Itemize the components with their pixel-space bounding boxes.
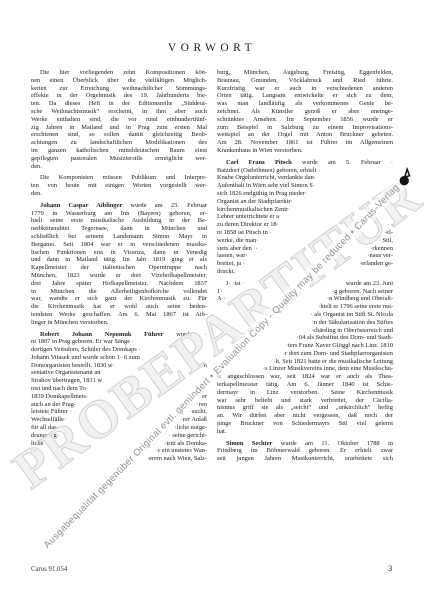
text-line: war sehr beliebt und stark verbreitet, d… (217, 397, 393, 405)
text-line: Krankenhaus in Wien verstorben. (217, 147, 393, 155)
catalog-number: Carus 91.054 (31, 566, 67, 573)
text-line: ·s Linzer Musikvereins inne, dem eine Mu… (217, 365, 393, 373)
composer-name: Carl Franz Pitsch (226, 159, 292, 166)
text-line: nen einen Überblick über die vielfältige… (31, 77, 207, 85)
paragraph: Die Komponisten müssen Publikum und Inte… (31, 174, 207, 197)
paragraph: Johann Caspar Aiblinger wurde am 23. Feb… (31, 202, 207, 327)
page-title: VORWORT (0, 42, 424, 54)
text-line: dermayr in Linz verstorben. Seine Kirche… (217, 389, 393, 397)
page-number: 3 (388, 563, 392, 573)
text-line: erschienen sind, so sollen damit gleichz… (31, 131, 207, 139)
text-line: war, wandte er sich ganz der Kirchenmusi… (31, 295, 207, 303)
text-line: nismus griff sie als „seicht“ und „unkir… (217, 404, 393, 412)
text-line: Orten tätig. Langsam entwickelte er sich… (217, 92, 393, 100)
text-line: an. Wir dürfen aber nicht vergessen, daß… (217, 412, 393, 420)
text-line: nediktinerabtei Tegernsee, dann in Münch… (31, 225, 207, 233)
text-line: Die hier vorliegenden zehn Kompositionen… (31, 69, 207, 77)
text-line: den. (31, 190, 207, 198)
paragraph: Simon Sechter wurde am 11. Oktober 1788 … (217, 440, 393, 463)
text-line: schließlich bei seinem Landsmann Simon M… (31, 233, 207, 241)
text-line: Am 28. November 1861 ist Führer im Allge… (217, 139, 393, 147)
text-line: Friedberg im Böhmerwald geboren. Er erhi… (217, 447, 393, 455)
text-line: Batzdorf (Ostböhmen) geboren, erhielt · (217, 167, 393, 175)
text-line: Kurzfristig war er auch in verschiedenen… (217, 85, 393, 93)
composer-name: Johann Caspar Aiblinger (40, 202, 122, 209)
text-line: keiten zur Erreichung weihnachtlicher St… (31, 85, 207, 93)
text-line: Werke enthalten sind, die vor rund einhu… (31, 116, 207, 124)
text-line: zeichnet. Als Künstler genoß er aber une… (217, 108, 393, 116)
text-line: junge Bruckner von Schiedermayrs Stil vi… (217, 420, 393, 428)
text-line: zig Jahren in Mailand und in Prag zum er… (31, 124, 207, 132)
composer-name: Robert Johann Nepomuk Führer (40, 331, 164, 338)
text-line: schränktes Ansehen. Im September 1856 wu… (217, 116, 393, 124)
text-line: drei Jahre später Hofkapellmeister. Nach… (31, 280, 207, 288)
paragraph: Die hier vorliegenden zehn Kompositionen… (31, 69, 207, 170)
text-line: seit jungen Jahren Musikunterricht, erar… (217, 455, 393, 463)
text-line: gepflegten pastoralen Musizierstils ermö… (31, 155, 207, 163)
text-line: le angeschlossen war, seit 1824 war er a… (217, 373, 393, 381)
text-line: Braunau, Gmunden, Vöcklabruck und Ried f… (217, 77, 393, 85)
text-line: effekte in der Orgelmusik des 19. Jahrhu… (31, 92, 207, 100)
text-line: in München die Allerheiligenhofkirche vo… (31, 288, 207, 296)
text-line: was man landläufig als verkommenes Genie… (217, 100, 393, 108)
text-line: den. (31, 163, 207, 171)
text-line: burg, München, Augsburg, Freising, Eggen… (217, 69, 393, 77)
paragraph: burg, München, Augsburg, Freising, Eggen… (217, 69, 393, 155)
text-line: Knabe Orgelunterricht, verdankte dan· (217, 174, 393, 182)
text-line: terkapellmeister tätig. Am 6. Jänner 184… (217, 381, 393, 389)
text-line: Carl Franz Pitsch wurde am 5. Februar · (217, 159, 393, 167)
text-line: Die Komponisten müssen Publikum und Inte… (31, 174, 207, 182)
text-line: München, 1823 wurde er dort Vizehofkapel… (31, 272, 207, 280)
text-line: 1779 in Wasserburg am Inn (Bayern) gebor… (31, 210, 207, 218)
text-line: sche Weihnachtsmusik“ erscheint, in ihm … (31, 108, 207, 116)
text-line: Johann Caspar Aiblinger wurde am 23. Feb… (31, 202, 207, 210)
composer-name: Simon Sechter (226, 440, 272, 447)
text-line: wettspiel an der Orgel mit Anton Bruckne… (217, 131, 393, 139)
text-line: zum Beispiel in Salzburg zu einem Improv… (217, 124, 393, 132)
text-line: hielt seine erste musikalische Ausbildun… (31, 217, 207, 225)
text-line: tendsten Werke geschaffen. Am 6. Mai 186… (31, 311, 207, 319)
text-line: hat. (217, 428, 393, 436)
text-line: achtungen zu landschaftlichen Modifikati… (31, 139, 207, 147)
text-line: im ganzen katholischen mitteldeutschen R… (31, 147, 207, 155)
text-line: lischen Funktionen erst in Vicenza, dann… (31, 249, 207, 257)
text-line: ten. Da dieses Heft in der Editionsreihe… (31, 100, 207, 108)
text-line: Simon Sechter wurde am 11. Oktober 1788 … (217, 440, 393, 448)
scanned-preface-page: VORWORT Die hier vorliegenden zehn Kompo… (0, 0, 424, 600)
text-line: die Kirchenmusik hat er wohl auch seine … (31, 303, 207, 311)
text-line: Kapellmeister der italienischen Operntru… (31, 264, 207, 272)
text-line: ten von heute mit einigen Worten vorgest… (31, 182, 207, 190)
text-line: und dann in Mailand tätig. Im Jahr 1819 … (31, 256, 207, 264)
text-line: ·lt. Seit 1821 hatte er die musikalische… (217, 358, 393, 366)
text-line: Bergamo. Seit 1804 war er in verschieden… (31, 241, 207, 249)
